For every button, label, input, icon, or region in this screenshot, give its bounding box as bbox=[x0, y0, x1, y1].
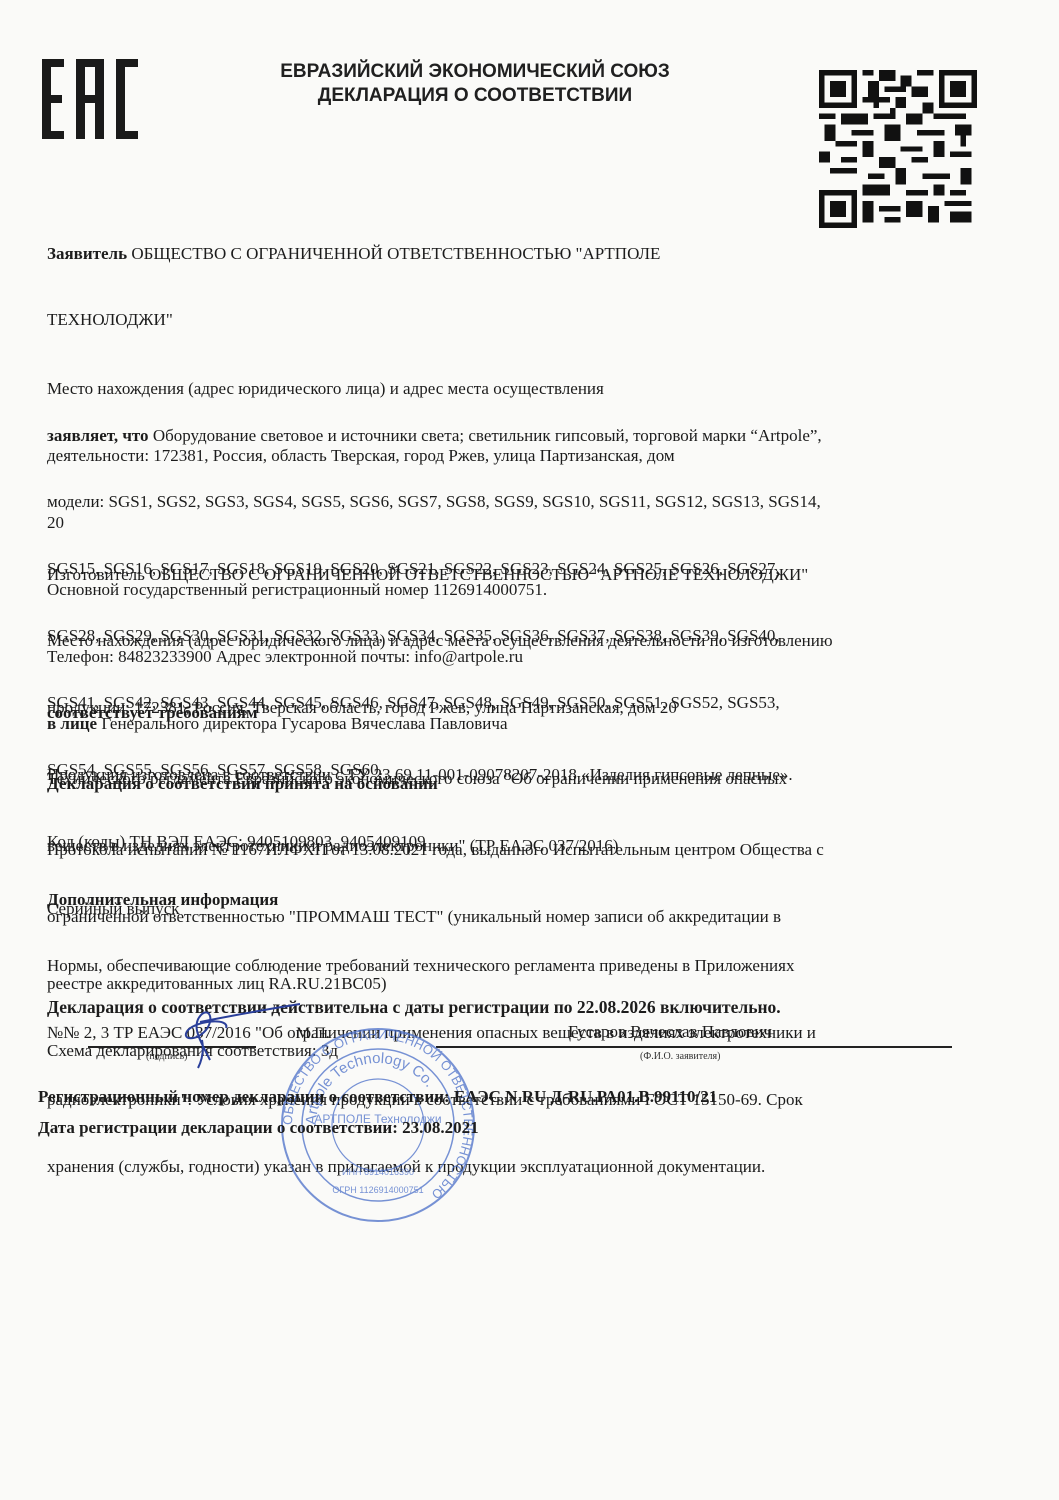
conformity-heading: соответствует требованиям bbox=[47, 702, 787, 724]
seal-inn: ИНН 6914016390 bbox=[342, 1167, 414, 1177]
eac-logo-icon bbox=[40, 55, 140, 143]
applicant-label: Заявитель bbox=[47, 244, 127, 263]
registration-date: Дата регистрации декларации о соответств… bbox=[38, 1117, 479, 1139]
applicant-name: ОБЩЕСТВО С ОГРАНИЧЕННОЙ ОТВЕТСТВЕННОСТЬЮ… bbox=[127, 244, 660, 263]
header-union-title: ЕВРАЗИЙСКИЙ ЭКОНОМИЧЕСКИЙ СОЮЗ bbox=[230, 60, 720, 84]
manufacturer-line-0: Изготовитель ОБЩЕСТВО С ОГРАНИЧЕННОЙ ОТВ… bbox=[47, 564, 833, 586]
document-header: ЕВРАЗИЙСКИЙ ЭКОНОМИЧЕСКИЙ СОЮЗ ДЕКЛАРАЦИ… bbox=[230, 60, 720, 108]
name-line bbox=[436, 1046, 952, 1048]
declaration-page: ЕВРАЗИЙСКИЙ ЭКОНОМИЧЕСКИЙ СОЮЗ ДЕКЛАРАЦИ… bbox=[0, 0, 1059, 1500]
declares-label: заявляет, что bbox=[47, 426, 149, 445]
applicant-name-cont: ТЕХНОЛОДЖИ" bbox=[47, 309, 675, 331]
name-caption: (Ф.И.О. заявителя) bbox=[640, 1051, 720, 1062]
basis-heading: Декларация о соответствии принята на осн… bbox=[47, 773, 824, 795]
product-line-0: Оборудование световое и источники света;… bbox=[149, 426, 822, 445]
qr-code-icon[interactable] bbox=[818, 70, 978, 228]
header-declaration-title: ДЕКЛАРАЦИЯ О СООТВЕТСТВИИ bbox=[230, 84, 720, 108]
additional-heading: Дополнительная информация bbox=[47, 889, 816, 911]
registration-number: Регистрационный номер декларации о соотв… bbox=[38, 1086, 717, 1108]
seal-ogrn: ОГРН 1126914000751 bbox=[332, 1185, 423, 1195]
manufacturer-line-1: Место нахождения (адрес юридического лиц… bbox=[47, 630, 833, 652]
signer-name: Гусаров Вячеслав Павлович bbox=[568, 1022, 772, 1042]
product-line-1: модели: SGS1, SGS2, SGS3, SGS4, SGS5, SG… bbox=[47, 491, 822, 513]
additional-line-0: Нормы, обеспечивающие соблюдение требова… bbox=[47, 955, 816, 977]
